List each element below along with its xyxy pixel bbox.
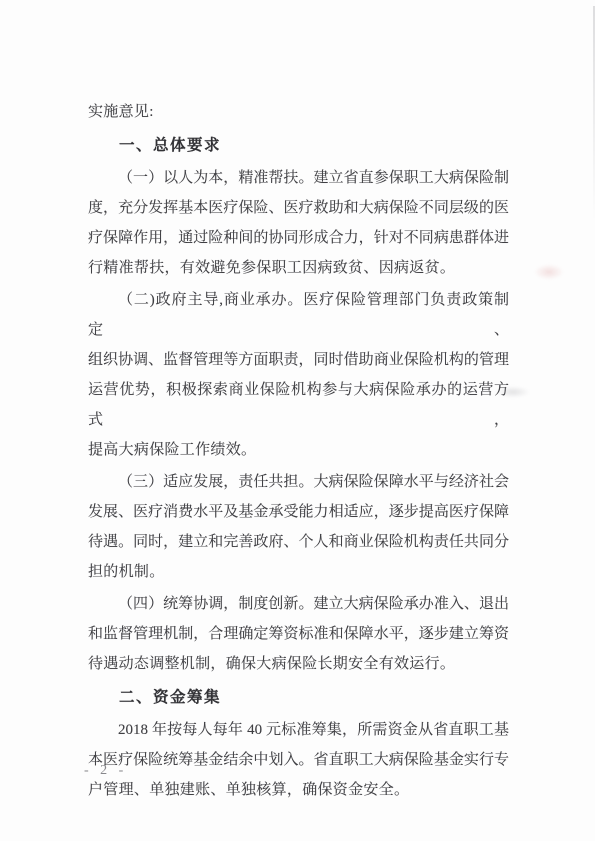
text-line: 担的机制。 (88, 557, 509, 587)
document-page: 实施意见:一、总体要求（一）以人为本，精准帮扶。建立省直参保职工大病保险制度，充… (0, 0, 595, 841)
scan-smudge-gray (496, 386, 530, 398)
text-line: 待遇。同时，建立和完善政府、个人和商业保险机构责任共同分 (88, 527, 509, 557)
text-line: 户管理、单独建账、单独核算，确保资金安全。 (88, 775, 509, 805)
scan-smudge-pink (534, 264, 564, 280)
section-heading: 二、资金筹集 (88, 683, 509, 713)
text-line: 2018 年按每人每年 40 元标准筹集，所需资金从省直职工基 (88, 715, 509, 745)
page-number: - 2 - (84, 763, 127, 779)
text-line: 组织协调、监督管理等方面职责，同时借助商业保险机构的管理 (88, 345, 509, 375)
text-line: 和监督管理机制，合理确定筹资标准和保障水平，逐步建立筹资 (88, 619, 509, 649)
text-line: 待遇动态调整机制，确保大病保险长期安全有效运行。 (88, 649, 509, 679)
text-line: 提高大病保险工作绩效。 (88, 435, 509, 465)
text-line: （四）统筹协调，制度创新。建立大病保险承办准入、退出 (88, 589, 509, 619)
text-line: 度，充分发挥基本医疗保险、医疗救助和大病保险不同层级的医 (88, 193, 509, 223)
text-block: 实施意见:一、总体要求（一）以人为本，精准帮扶。建立省直参保职工大病保险制度，充… (88, 97, 509, 805)
text-line: 运营优势，积极探索商业保险机构参与大病保险承办的运营方式， (88, 375, 509, 435)
text-line: （三）适应发展，责任共担。大病保险保障水平与经济社会 (88, 467, 509, 497)
text-line: 实施意见: (88, 97, 509, 127)
text-line: 行精准帮扶，有效避免参保职工因病致贫、因病返贫。 (88, 253, 509, 283)
text-line: （一）以人为本，精准帮扶。建立省直参保职工大病保险制 (88, 163, 509, 193)
text-line: 发展、医疗消费水平及基金承受能力相适应，逐步提高医疗保障 (88, 497, 509, 527)
section-heading: 一、总体要求 (88, 131, 509, 161)
text-line: 疗保障作用，通过险种间的协同形成合力，针对不同病患群体进 (88, 223, 509, 253)
text-line: （二)政府主导,商业承办。医疗保险管理部门负责政策制定、 (88, 285, 509, 345)
text-line: 本医疗保险统筹基金结余中划入。省直职工大病保险基金实行专 (88, 745, 509, 775)
